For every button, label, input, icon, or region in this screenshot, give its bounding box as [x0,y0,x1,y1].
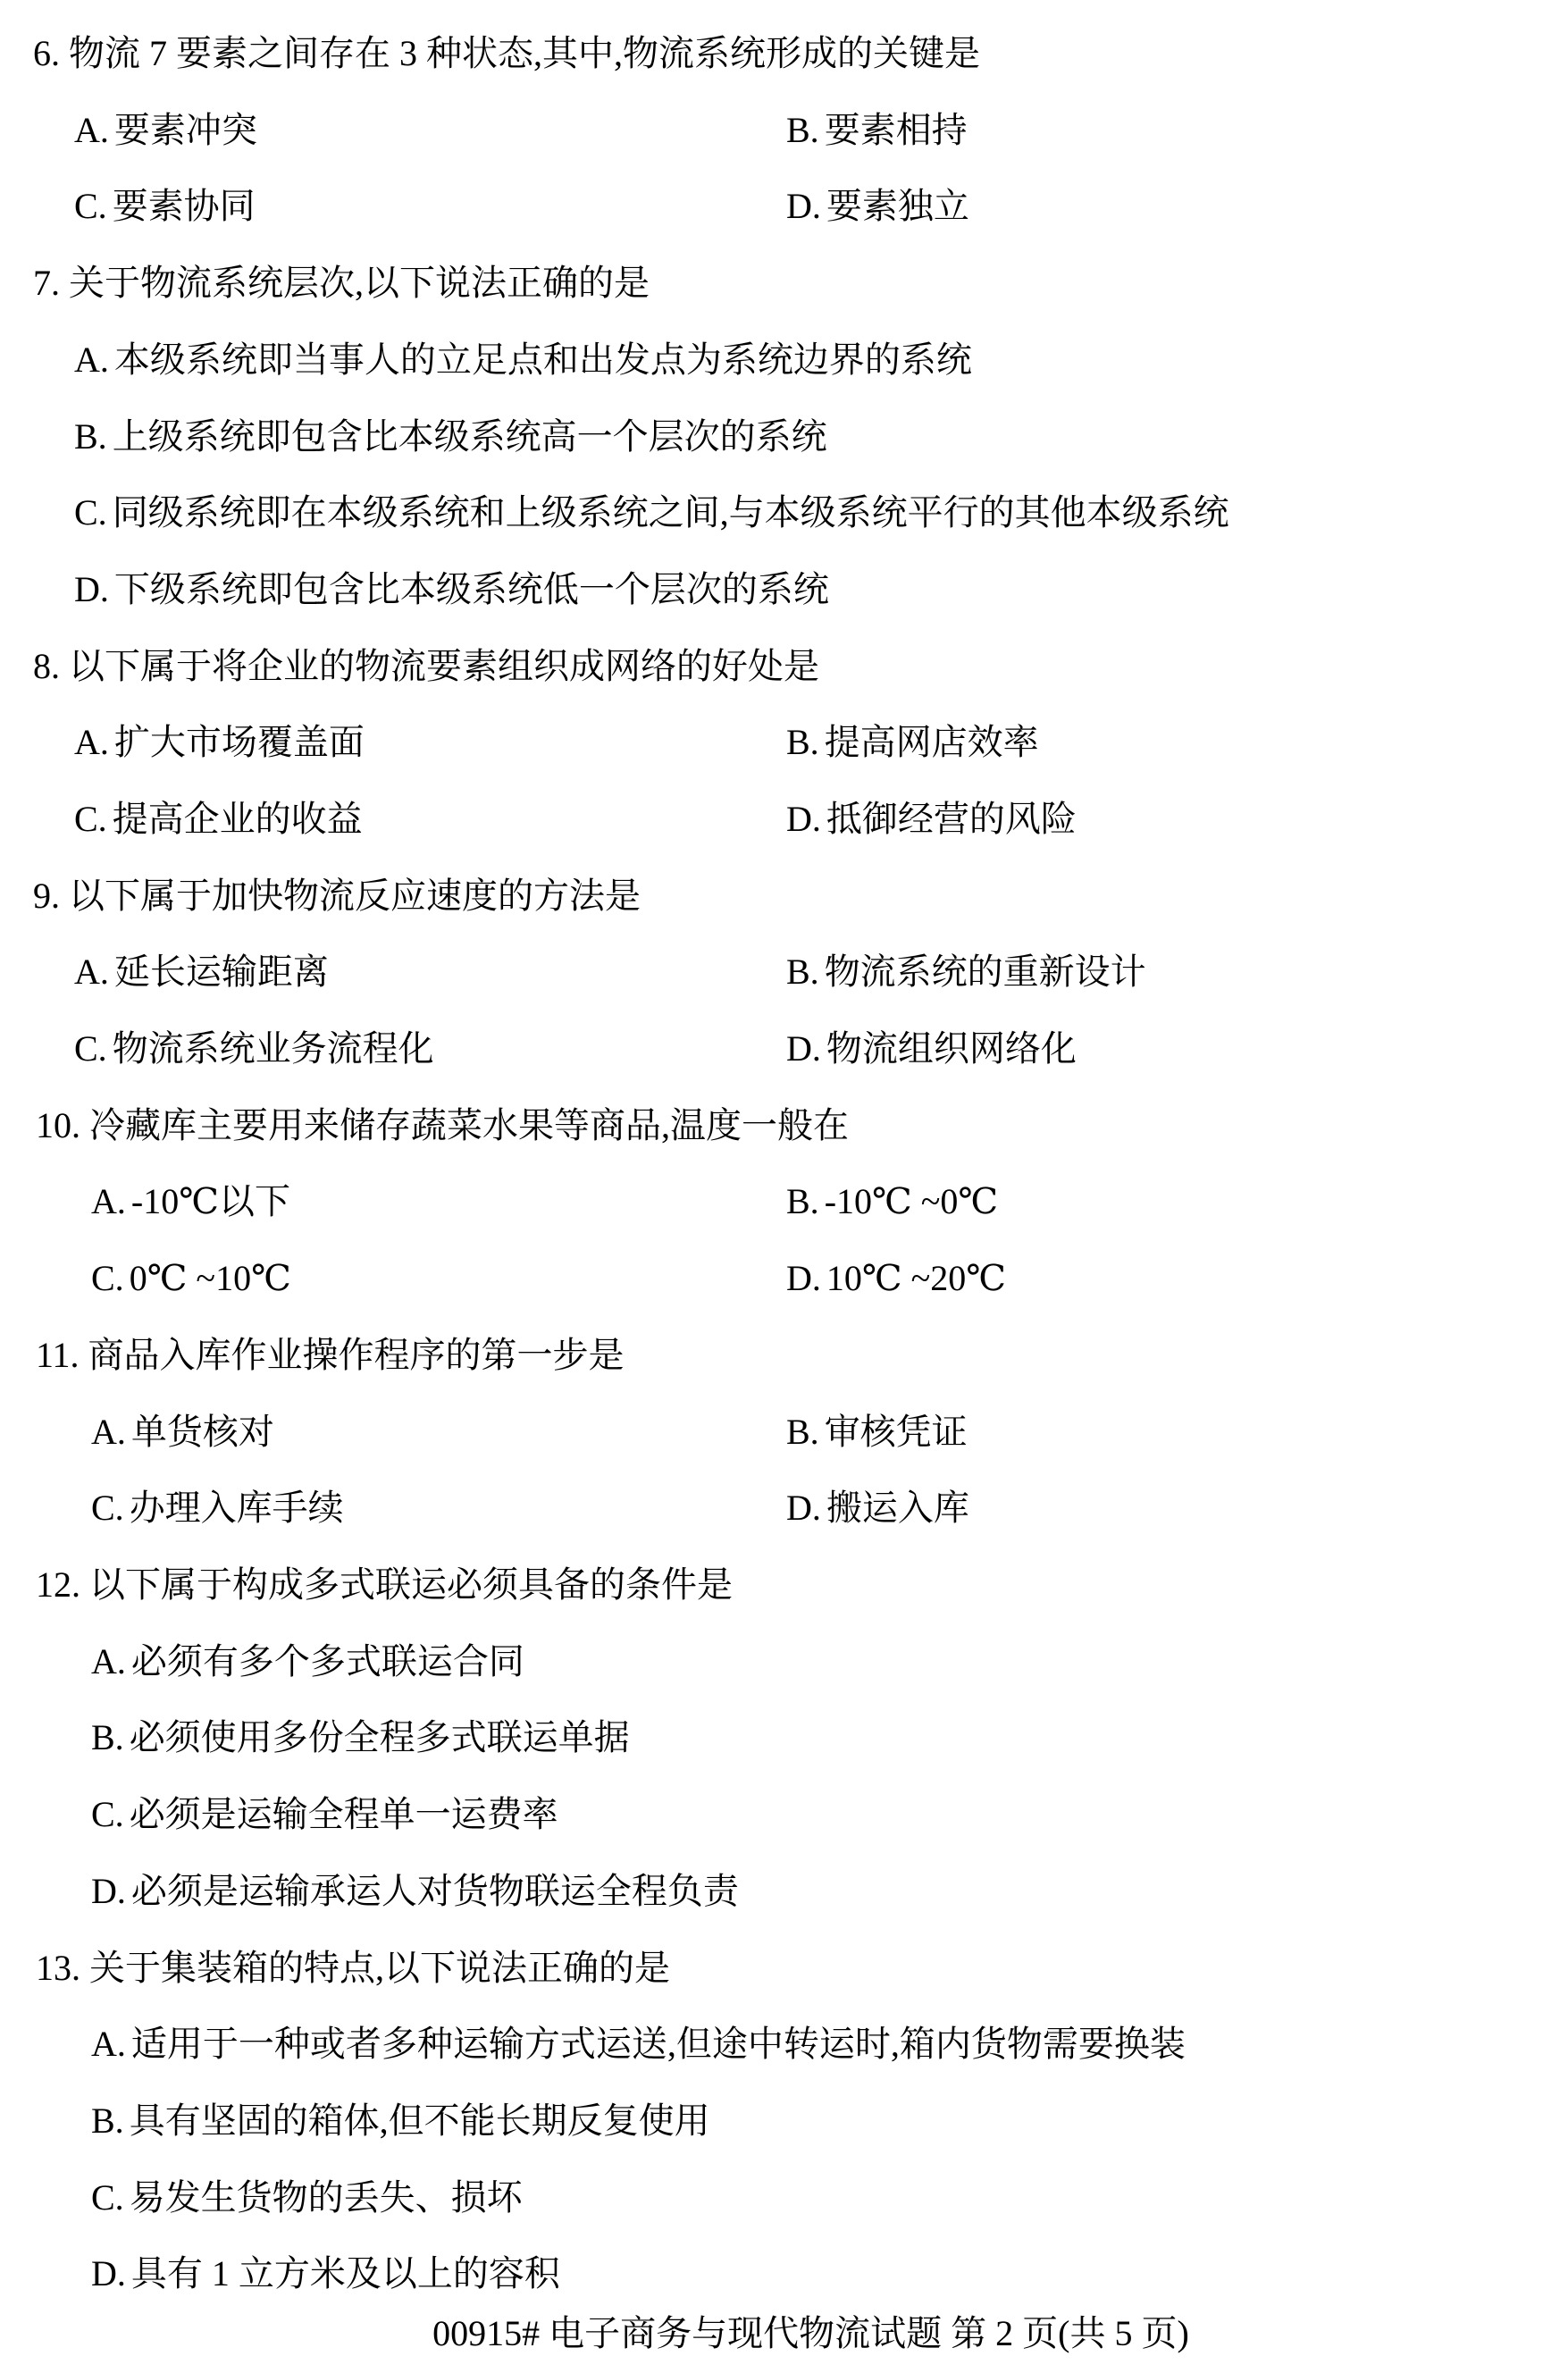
question-10-stem: 10. 冷藏库主要用来储存蔬菜水果等商品,温度一般在 [36,1099,849,1153]
option-label: D. [786,1481,821,1535]
option-text: -10℃以下 [131,1181,290,1221]
option-label: A. [91,1405,126,1459]
question-6-option-c: C.要素协同 [74,180,256,233]
question-11-option-c: C.办理入库手续 [91,1481,344,1535]
option-text: 必须有多个多式联运合同 [131,1641,524,1681]
option-text: 要素独立 [826,186,969,226]
question-text: 商品入库作业操作程序的第一步是 [88,1335,625,1375]
question-10-option-d: D.10℃ ~20℃ [786,1252,1006,1305]
option-label: A. [91,1175,126,1228]
option-text: 本级系统即当事人的立足点和出发点为系统边界的系统 [114,340,972,380]
question-10-option-c: C.0℃ ~10℃ [91,1252,291,1305]
option-label: B. [786,945,819,999]
question-text: 以下属于加快物流反应速度的方法是 [69,876,641,916]
question-12-option-b: B.必须使用多份全程多式联运单据 [91,1711,630,1765]
question-7-option-c: C.同级系统即在本级系统和上级系统之间,与本级系统平行的其他本级系统 [74,486,1229,540]
page-footer: 00915# 电子商务与现代物流试题 第 2 页(共 5 页) [0,2309,1568,2359]
option-label: B. [91,2094,124,2148]
option-text: 必须是运输全程单一运费率 [130,1794,558,1834]
option-label: B. [74,410,107,464]
option-label: B. [786,716,819,769]
option-text: 延长运输距离 [114,952,329,992]
question-12-option-c: C.必须是运输全程单一运费率 [91,1788,558,1841]
question-12-option-a: A.必须有多个多式联运合同 [91,1635,524,1689]
question-7-option-a: A.本级系统即当事人的立足点和出发点为系统边界的系统 [74,333,972,387]
option-label: A. [91,2017,126,2071]
question-number: 10. [36,1105,80,1145]
option-text: 10℃ ~20℃ [826,1258,1006,1298]
question-8-option-a: A.扩大市场覆盖面 [74,716,365,769]
option-label: A. [74,333,109,387]
option-text: 下级系统即包含比本级系统低一个层次的系统 [114,569,829,609]
question-number: 8. [33,646,60,686]
option-label: C. [74,1022,107,1076]
option-label: A. [74,104,109,157]
option-text: 具有 1 立方米及以上的容积 [131,2253,560,2293]
question-11-option-a: A.单货核对 [91,1405,274,1459]
question-7-stem: 7. 关于物流系统层次,以下说法正确的是 [33,256,650,310]
option-label: B. [786,104,819,157]
option-text: 单货核对 [131,1412,274,1452]
option-text: 必须使用多份全程多式联运单据 [130,1717,630,1757]
question-number: 13. [36,1948,80,1988]
question-13-option-d: D.具有 1 立方米及以上的容积 [91,2247,560,2301]
option-label: C. [74,486,107,540]
option-text: 物流系统的重新设计 [825,952,1146,992]
option-label: D. [786,180,821,233]
option-label: D. [786,792,821,846]
option-label: A. [74,945,109,999]
question-7-option-d: D.下级系统即包含比本级系统低一个层次的系统 [74,563,829,616]
option-label: C. [91,1481,124,1535]
question-number: 7. [33,263,60,303]
option-text: 抵御经营的风险 [826,799,1077,839]
option-text: 要素冲突 [114,110,257,150]
question-13-option-c: C.易发生货物的丢失、损坏 [91,2171,523,2225]
question-8-stem: 8. 以下属于将企业的物流要素组织成网络的好处是 [33,640,819,693]
option-text: -10℃ ~0℃ [825,1181,998,1221]
question-11-stem: 11. 商品入库作业操作程序的第一步是 [36,1329,625,1382]
question-text: 物流 7 要素之间存在 3 种状态,其中,物流系统形成的关键是 [69,33,980,73]
question-6-stem: 6. 物流 7 要素之间存在 3 种状态,其中,物流系统形成的关键是 [33,27,980,80]
option-text: 要素协同 [113,186,256,226]
question-13-stem: 13. 关于集装箱的特点,以下说法正确的是 [36,1941,670,1995]
option-text: 0℃ ~10℃ [130,1258,291,1298]
question-number: 6. [33,33,60,73]
option-label: B. [786,1405,819,1459]
question-7-option-b: B.上级系统即包含比本级系统高一个层次的系统 [74,410,827,464]
question-13-option-b: B.具有坚固的箱体,但不能长期反复使用 [91,2094,710,2148]
option-text: 物流组织网络化 [826,1028,1077,1069]
option-label: B. [786,1175,819,1228]
exam-page: 6. 物流 7 要素之间存在 3 种状态,其中,物流系统形成的关键是 A.要素冲… [0,0,1568,2373]
option-label: D. [91,1865,126,1918]
question-text: 冷藏库主要用来储存蔬菜水果等商品,温度一般在 [89,1105,849,1145]
question-8-option-d: D.抵御经营的风险 [786,792,1077,846]
question-text: 以下属于构成多式联运必须具备的条件是 [89,1564,733,1605]
option-label: A. [91,1635,126,1689]
option-label: C. [91,1788,124,1841]
question-12-stem: 12. 以下属于构成多式联运必须具备的条件是 [36,1558,733,1612]
question-9-stem: 9. 以下属于加快物流反应速度的方法是 [33,869,641,923]
question-text: 关于集装箱的特点,以下说法正确的是 [89,1948,670,1988]
option-text: 审核凭证 [825,1412,968,1452]
option-text: 物流系统业务流程化 [113,1028,434,1069]
option-label: B. [91,1711,124,1765]
option-label: D. [786,1022,821,1076]
question-text: 关于物流系统层次,以下说法正确的是 [69,263,650,303]
question-8-option-b: B.提高网店效率 [786,716,1039,769]
question-6-option-b: B.要素相持 [786,104,968,157]
question-text: 以下属于将企业的物流要素组织成网络的好处是 [69,646,819,686]
option-text: 提高网店效率 [825,722,1039,762]
option-text: 必须是运输承运人对货物联运全程负责 [131,1871,739,1911]
question-11-option-b: B.审核凭证 [786,1405,968,1459]
option-label: D. [74,563,109,616]
question-13-option-a: A.适用于一种或者多种运输方式运送,但途中转运时,箱内货物需要换装 [91,2017,1186,2071]
option-text: 要素相持 [825,110,968,150]
question-9-option-a: A.延长运输距离 [74,945,329,999]
question-number: 12. [36,1564,80,1605]
question-10-option-b: B.-10℃ ~0℃ [786,1175,998,1228]
option-label: A. [74,716,109,769]
question-6-option-a: A.要素冲突 [74,104,257,157]
option-text: 同级系统即在本级系统和上级系统之间,与本级系统平行的其他本级系统 [113,492,1229,532]
question-number: 11. [36,1335,80,1375]
question-10-option-a: A.-10℃以下 [91,1175,290,1228]
option-label: C. [91,1252,124,1305]
option-text: 办理入库手续 [130,1488,344,1528]
option-label: D. [91,2247,126,2301]
option-text: 提高企业的收益 [113,799,363,839]
option-label: D. [786,1252,821,1305]
option-label: C. [91,2171,124,2225]
question-6-option-d: D.要素独立 [786,180,969,233]
option-text: 扩大市场覆盖面 [114,722,365,762]
option-text: 具有坚固的箱体,但不能长期反复使用 [130,2100,710,2141]
question-number: 9. [33,876,60,916]
question-9-option-d: D.物流组织网络化 [786,1022,1077,1076]
question-8-option-c: C.提高企业的收益 [74,792,363,846]
option-text: 易发生货物的丢失、损坏 [130,2177,523,2218]
question-12-option-d: D.必须是运输承运人对货物联运全程负责 [91,1865,739,1918]
option-label: C. [74,180,107,233]
option-label: C. [74,792,107,846]
option-text: 上级系统即包含比本级系统高一个层次的系统 [113,416,827,457]
question-11-option-d: D.搬运入库 [786,1481,969,1535]
question-9-option-c: C.物流系统业务流程化 [74,1022,434,1076]
option-text: 搬运入库 [826,1488,969,1528]
option-text: 适用于一种或者多种运输方式运送,但途中转运时,箱内货物需要换装 [131,2024,1186,2064]
question-9-option-b: B.物流系统的重新设计 [786,945,1146,999]
